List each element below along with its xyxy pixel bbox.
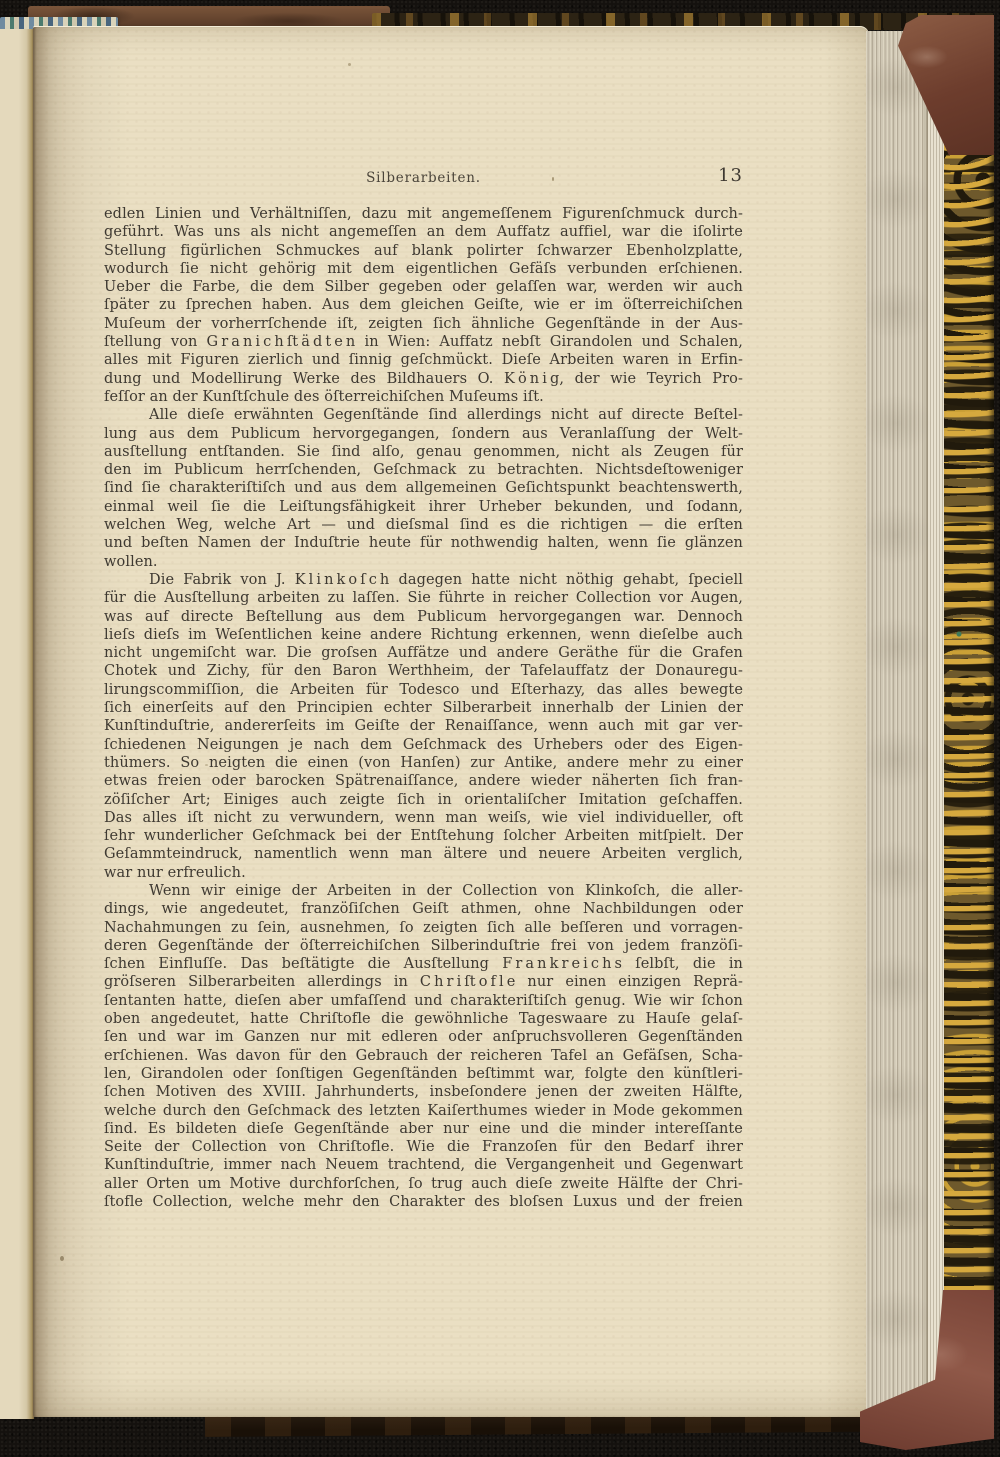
text-line: zöſiſcher Art; Einiges auch zeigte ſich … — [104, 791, 743, 809]
text-line: oben angedeutet, hatte Chriſtofle die ge… — [104, 1010, 743, 1028]
text-line: ſentanten hatte, dieſen aber umfaſſend u… — [104, 992, 743, 1010]
text-line: deren Gegenſtände der öſterreichiſchen S… — [104, 937, 743, 955]
text-line: für die Ausſtellung arbeiten zu laſſen. … — [104, 589, 743, 607]
text-line: nicht ungemiſcht war. Die groſsen Auffät… — [104, 644, 743, 662]
page-number: 13 — [718, 165, 743, 186]
text-line: wollen. — [104, 553, 743, 571]
text-line: Kunſtinduſtrie, immer nach Neuem trachte… — [104, 1156, 743, 1174]
text-line: Ueber die Farbe, die dem Silber gegeben … — [104, 278, 743, 296]
text-line: etwas freien oder barocken Spätrenaiſſan… — [104, 772, 743, 790]
text-line: Geſammteindruck, namentlich wenn man ält… — [104, 845, 743, 863]
text-line: Muſeum der vorherrſchende iſt, zeigten ſ… — [104, 315, 743, 333]
book-photograph: Silberarbeiten. 13 edlen Linien und Verh… — [0, 0, 1000, 1457]
text-line: ſchen Einfluſſe. Das beſtätigte die Ausſ… — [104, 955, 743, 973]
text-line: Alle dieſe erwähnten Gegenſtände ſind al… — [104, 406, 743, 424]
page-fore-edge-stack — [866, 31, 946, 1429]
text-line: den im Publicum herrſchenden, Geſchmack … — [104, 461, 743, 479]
text-line: len, Girandolen oder ſonſtigen Gegenſtän… — [104, 1065, 743, 1083]
text-line: lieſs dieſs im Weſentlichen keine andere… — [104, 626, 743, 644]
text-line: lung aus dem Publicum hervorgegangen, ſo… — [104, 425, 743, 443]
paper-speck — [552, 177, 554, 181]
text-line: Chotek und Zichy, für den Baron Werthhei… — [104, 662, 743, 680]
text-line: alles mit Figuren zierlich und ſinnig ge… — [104, 351, 743, 369]
text-line: ſtofle Collection, welche mehr den Chara… — [104, 1193, 743, 1211]
text-line: Kunſtinduſtrie, andererſeits im Geiſte d… — [104, 717, 743, 735]
book-page: Silberarbeiten. 13 edlen Linien und Verh… — [33, 26, 869, 1417]
text-line: einmal weil ſie die Leiſtungsfähigkeit i… — [104, 498, 743, 516]
page-fore-edge-step — [928, 40, 945, 1420]
paper-speck — [348, 63, 351, 66]
running-header: Silberarbeiten. — [104, 170, 743, 186]
text-line: ſchiedenen Neigungen je nach dem Geſchma… — [104, 736, 743, 754]
text-line: Wenn wir einige der Arbeiten in der Coll… — [104, 882, 743, 900]
text-line: welchen Weg, welche Art — und dieſsmal ſ… — [104, 516, 743, 534]
text-line: feſſor an der Kunſtſchule des öſterreich… — [104, 388, 743, 406]
text-line: thümers. So neigten die einen (von Hanſe… — [104, 754, 743, 772]
text-line: edlen Linien und Verhältniſſen, dazu mit… — [104, 205, 743, 223]
text-line: ſtellung von G r a n i c h ſt ä d t e n … — [104, 333, 743, 351]
text-line: ſen und war im Ganzen nur mit edleren od… — [104, 1028, 743, 1046]
paper-speck — [205, 764, 208, 766]
facing-page-edge — [0, 29, 34, 1419]
text-line: lirungscommiſſion, die Arbeiten für Tode… — [104, 681, 743, 699]
text-line: Nachahmungen zu ſein, ausnehmen, ſo zeig… — [104, 919, 743, 937]
text-line: und beſten Namen der Induſtrie heute für… — [104, 534, 743, 552]
paper-speck — [60, 1256, 64, 1261]
text-line: ausſtellung entſtanden. Sie ſind alſo, g… — [104, 443, 743, 461]
page-header-row: Silberarbeiten. 13 — [104, 170, 743, 194]
text-line: Die Fabrik von J. K l i n k o ſ c h dage… — [104, 571, 743, 589]
page-text: edlen Linien und Verhältniſſen, dazu mit… — [104, 205, 743, 1211]
text-line: ſpäter zu ſprechen haben. Aus dem gleich… — [104, 296, 743, 314]
text-line: wodurch ſie nicht gehörig mit dem eigent… — [104, 260, 743, 278]
text-line: Das alles iſt nicht zu verwundern, wenn … — [104, 809, 743, 827]
text-line: ſind. Es bildeten dieſe Gegenſtände aber… — [104, 1120, 743, 1138]
text-line: was auf directe Beſtellung aus dem Publi… — [104, 608, 743, 626]
text-line: welche durch den Geſchmack des letzten K… — [104, 1102, 743, 1120]
text-line: ſich einerſeits auf den Principien echte… — [104, 699, 743, 717]
text-line: dung und Modellirung Werke des Bildhauer… — [104, 370, 743, 388]
text-line: Stellung figürlichen Schmuckes auf blank… — [104, 242, 743, 260]
text-line: ſind ſie charakteriſtiſch und aus dem al… — [104, 479, 743, 497]
text-line: dings, wie angedeutet, franzöſiſchen Gei… — [104, 900, 743, 918]
text-line: geführt. Was uns als nicht angemeſſen an… — [104, 223, 743, 241]
text-line: Seite der Collection von Chriſtofle. Wie… — [104, 1138, 743, 1156]
text-line: war nur erfreulich. — [104, 864, 743, 882]
text-line: gröſseren Silberarbeiten allerdings in C… — [104, 973, 743, 991]
text-line: ſehr wunderlicher Geſchmack bei der Entſ… — [104, 827, 743, 845]
text-line: aller Orten um Motive durchforſchen, ſo … — [104, 1175, 743, 1193]
marbled-cover-edge — [944, 24, 994, 1322]
text-line: ſchen Motiven des XVIII. Jahrhunderts, i… — [104, 1083, 743, 1101]
text-line: erſchienen. Was davon für den Gebrauch d… — [104, 1047, 743, 1065]
